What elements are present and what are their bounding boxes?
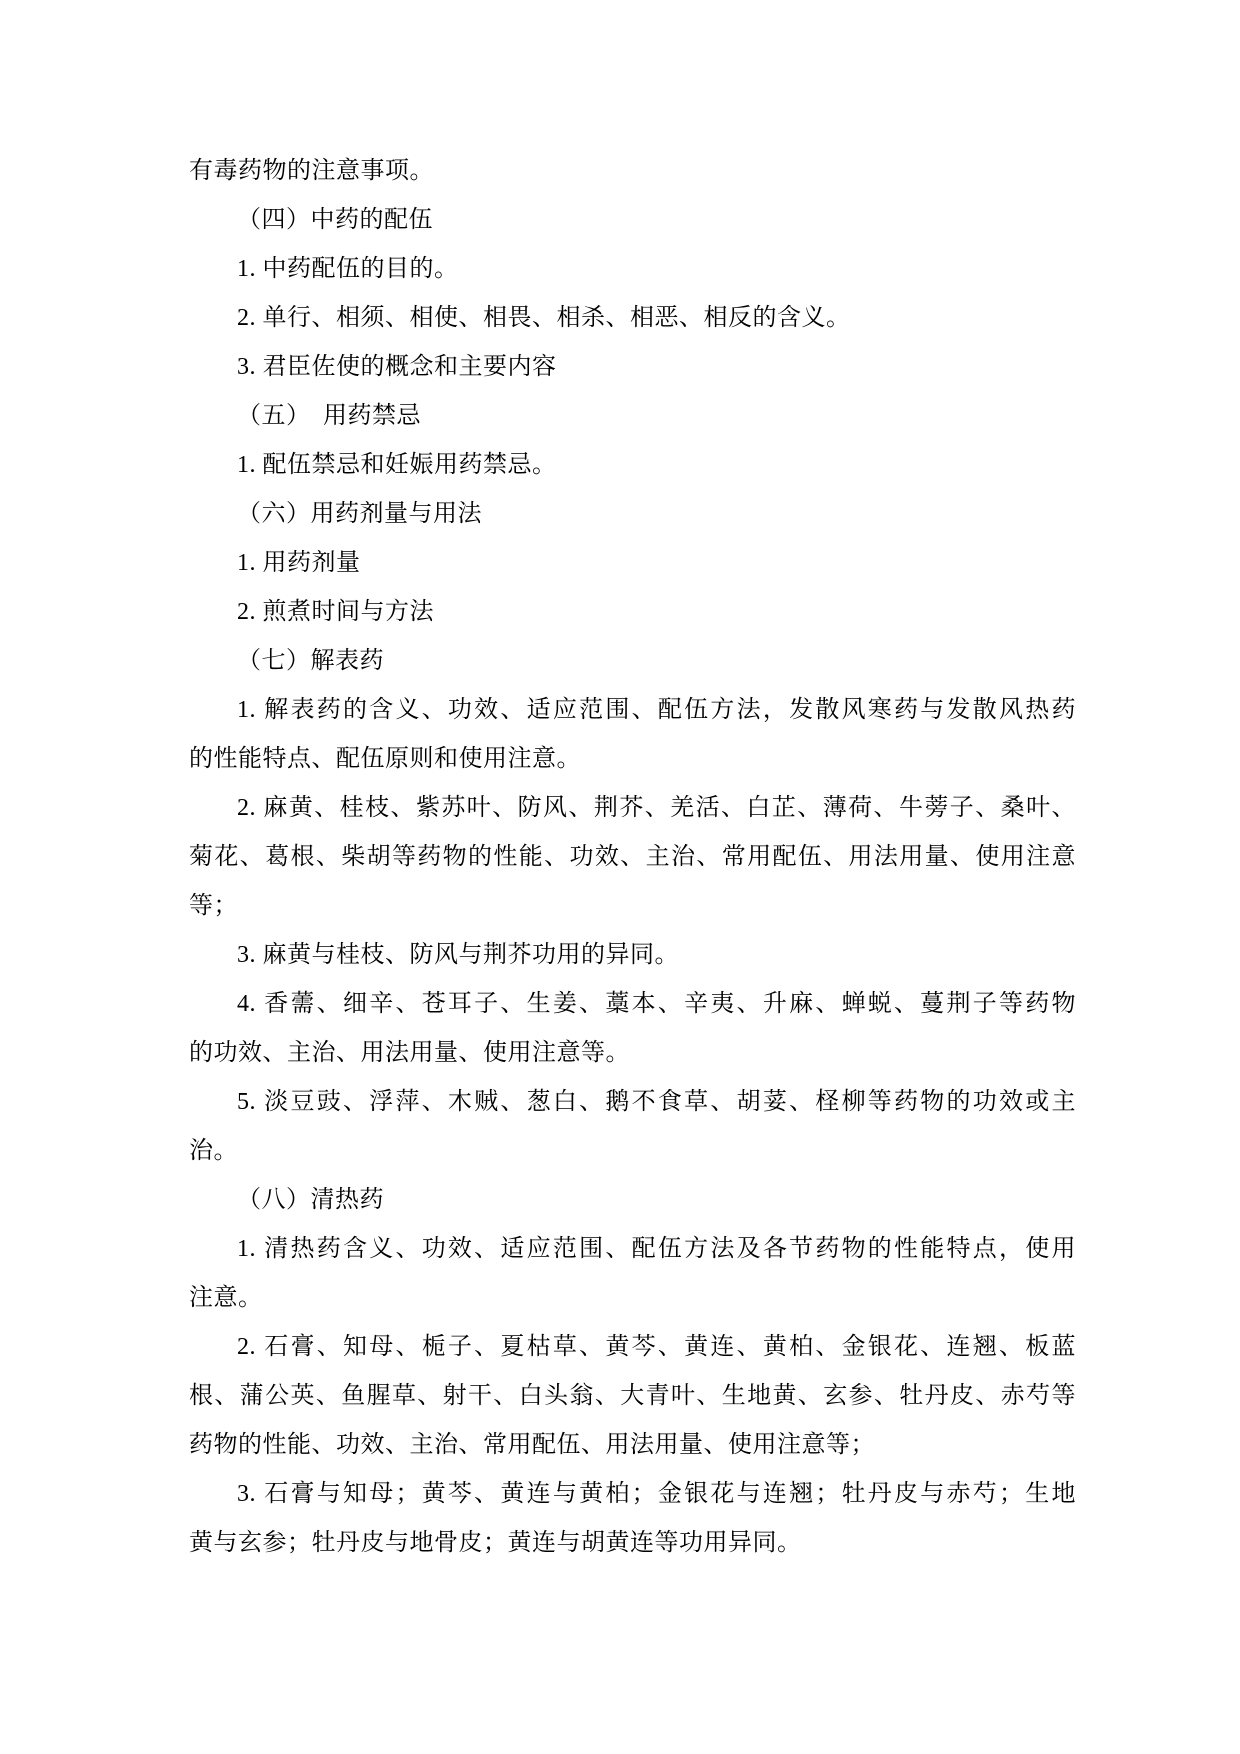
document-page: 有毒药物的注意事项。 （四）中药的配伍 1. 中药配伍的目的。 2. 单行、相须…	[0, 0, 1240, 1754]
outline-item: 3. 君臣佐使的概念和主要内容	[189, 343, 1076, 392]
outline-item-continuation: 的功效、主治、用法用量、使用注意等。	[189, 1029, 1076, 1078]
outline-item: 3. 麻黄与桂枝、防风与荆芥功用的异同。	[189, 931, 1076, 980]
outline-item-continuation: 黄与玄参；牡丹皮与地骨皮；黄连与胡黄连等功用异同。	[189, 1519, 1076, 1568]
outline-item-continuation: 有毒药物的注意事项。	[189, 147, 1076, 196]
outline-item: 1. 清热药含义、功效、适应范围、配伍方法及各节药物的性能特点，使用	[189, 1225, 1076, 1274]
outline-item-continuation: 根、蒲公英、鱼腥草、射干、白头翁、大青叶、生地黄、玄参、牡丹皮、赤芍等	[189, 1372, 1076, 1421]
outline-item-continuation: 治。	[189, 1127, 1076, 1176]
document-text-block: 有毒药物的注意事项。 （四）中药的配伍 1. 中药配伍的目的。 2. 单行、相须…	[189, 147, 1076, 1568]
outline-item: 1. 配伍禁忌和妊娠用药禁忌。	[189, 441, 1076, 490]
outline-item-continuation: 的性能特点、配伍原则和使用注意。	[189, 735, 1076, 784]
section-heading: （七）解表药	[189, 637, 1076, 686]
outline-item: 1. 解表药的含义、功效、适应范围、配伍方法，发散风寒药与发散风热药	[189, 686, 1076, 735]
section-heading: （八）清热药	[189, 1176, 1076, 1225]
outline-item: 2. 麻黄、桂枝、紫苏叶、防风、荆芥、羌活、白芷、薄荷、牛蒡子、桑叶、	[189, 784, 1076, 833]
section-heading: （六）用药剂量与用法	[189, 490, 1076, 539]
outline-item: 1. 中药配伍的目的。	[189, 245, 1076, 294]
section-heading: （五） 用药禁忌	[189, 392, 1076, 441]
outline-item: 2. 石膏、知母、栀子、夏枯草、黄芩、黄连、黄柏、金银花、连翘、板蓝	[189, 1323, 1076, 1372]
outline-item: 5. 淡豆豉、浮萍、木贼、葱白、鹅不食草、胡荽、柽柳等药物的功效或主	[189, 1078, 1076, 1127]
outline-item: 3. 石膏与知母；黄芩、黄连与黄柏；金银花与连翘；牡丹皮与赤芍；生地	[189, 1470, 1076, 1519]
outline-item: 2. 单行、相须、相使、相畏、相杀、相恶、相反的含义。	[189, 294, 1076, 343]
outline-item: 4. 香薷、细辛、苍耳子、生姜、藁本、辛夷、升麻、蝉蜕、蔓荆子等药物	[189, 980, 1076, 1029]
outline-item-continuation: 药物的性能、功效、主治、常用配伍、用法用量、使用注意等；	[189, 1421, 1076, 1470]
section-heading: （四）中药的配伍	[189, 196, 1076, 245]
outline-item-continuation: 菊花、葛根、柴胡等药物的性能、功效、主治、常用配伍、用法用量、使用注意	[189, 833, 1076, 882]
outline-item: 1. 用药剂量	[189, 539, 1076, 588]
outline-item: 2. 煎煮时间与方法	[189, 588, 1076, 637]
outline-item-continuation: 等；	[189, 882, 1076, 931]
outline-item-continuation: 注意。	[189, 1274, 1076, 1323]
